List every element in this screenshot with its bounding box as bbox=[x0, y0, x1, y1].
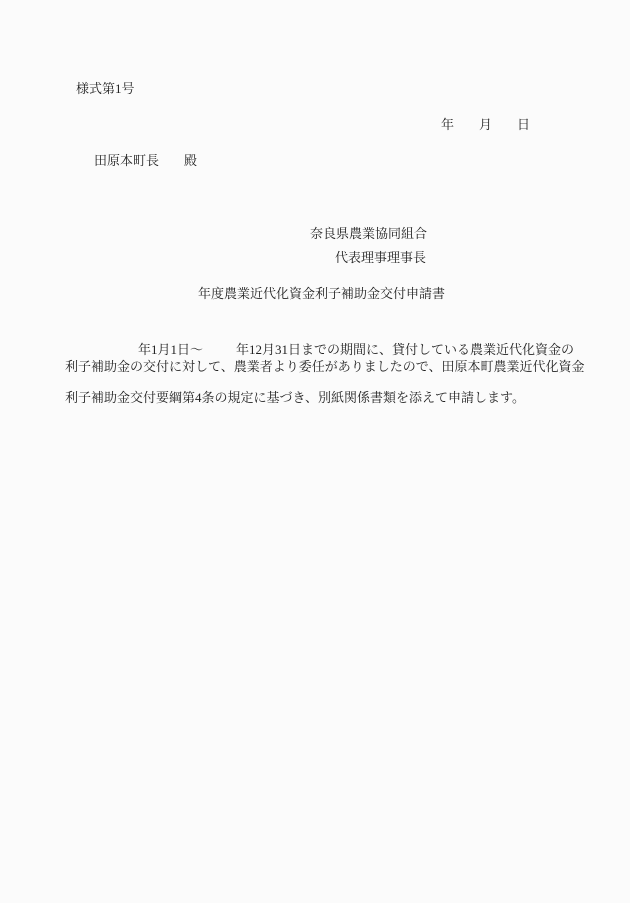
date-month-label: 月 bbox=[479, 118, 492, 132]
body-line-1-start-period: 年1月1日〜 bbox=[138, 342, 203, 357]
addressee-honorific: 殿 bbox=[184, 154, 197, 168]
sender-organization: 奈良県農業協同組合 bbox=[310, 227, 427, 241]
body-line-1-end-period: 年12月31日までの期間に、貸付している農業近代化資金の bbox=[236, 342, 574, 357]
addressee-name: 田原本町長 bbox=[94, 154, 159, 168]
body-line-3: 利子補助金交付要綱第4条の規定に基づき、別紙関係書類を添えて申請します。 bbox=[65, 391, 525, 405]
body-line-2: 利子補助金の交付に対して、農業者より委任がありましたので、田原本町農業近代化資金 bbox=[65, 360, 584, 374]
addressee-line: 田原本町長 殿 bbox=[94, 154, 197, 168]
document-title: 年度農業近代化資金利子補助金交付申請書 bbox=[198, 287, 445, 301]
date-line: 年 月 日 bbox=[441, 118, 530, 132]
document-page: 様式第1号 年 月 日 田原本町長 殿 奈良県農業協同組合 代表理事理事長 年度… bbox=[0, 0, 630, 903]
sender-title: 代表理事理事長 bbox=[335, 251, 426, 265]
form-number: 様式第1号 bbox=[76, 82, 135, 96]
date-year-label: 年 bbox=[441, 118, 454, 132]
date-day-label: 日 bbox=[517, 118, 530, 132]
